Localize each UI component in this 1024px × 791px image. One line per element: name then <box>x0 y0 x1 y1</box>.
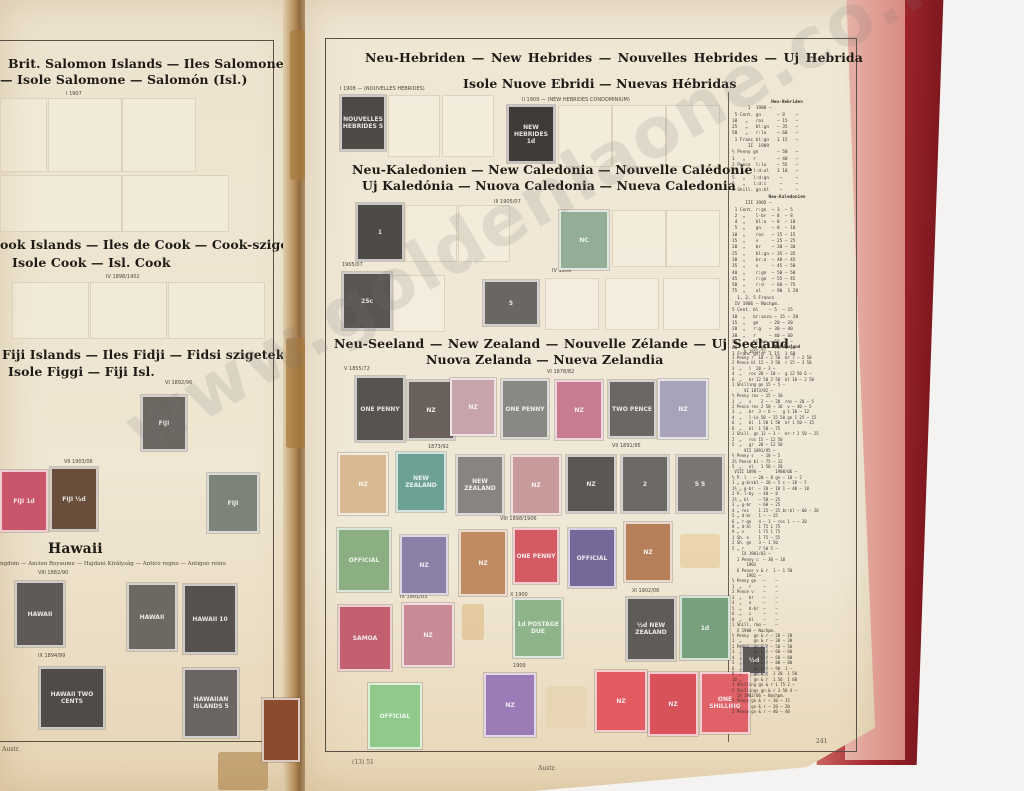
zealand-sub-1909: 1909 <box>513 663 526 669</box>
stamp-slot <box>0 175 122 232</box>
catalog-caledonia: Neu-Kaledonien III 1905 — 1 Cent. r:gn —… <box>732 195 842 359</box>
stamp-slot <box>558 105 612 167</box>
stamp-nz-18: ONE PENNY <box>513 528 559 584</box>
stamp-nz-3: NZ <box>450 378 496 436</box>
stamp-slot <box>90 282 167 339</box>
stamp-nc-2: NC <box>559 210 609 270</box>
zealand-sub-vi: VI 1878/82 <box>547 369 574 375</box>
stamp-nh-1: NOUVELLES HEBRIDES 5 <box>340 95 386 151</box>
stamp-slot <box>48 98 122 172</box>
hawaii-subheading-3: IX 1894/99 <box>38 653 65 659</box>
zealand-sub-viii: VIII 1898/1906 <box>500 516 537 522</box>
catalog-zealand: Neu-Seeland V 1855/72 — 1 Penny r 10 — 2… <box>732 344 842 715</box>
stamp-slot <box>122 98 196 172</box>
stamp-fiji-1: FIJI <box>141 395 187 451</box>
stamp-nz-19: OFFICIAL <box>568 528 616 588</box>
stamp-nz-17: NZ <box>459 530 507 596</box>
left-footer: Austr. <box>2 746 20 753</box>
stamp-nz-25: 1d <box>680 596 730 660</box>
stamp-hawaii-4: HAWAII TWO CENTS <box>39 667 105 729</box>
stamp-nz-29: NZ <box>595 670 647 732</box>
fiji-subheading-2: VII 1903/06 <box>64 459 93 465</box>
stamp-nz-13: 2 <box>621 455 669 513</box>
stamp-nz-15: OFFICIAL <box>337 528 391 592</box>
stamp-hawaii-1: HAWAII <box>15 581 65 647</box>
stamp-fiji-3: FIJI ½d <box>50 467 98 531</box>
stamp-nz-14: 5 5 <box>676 455 724 513</box>
zealand-sub-v: V 1855/72 <box>344 366 370 372</box>
stamp-slot <box>388 95 440 157</box>
stamp-slot <box>666 105 720 167</box>
stamp-nz-2: NZ <box>407 380 455 440</box>
stamp-hawaii-5: HAWAIIAN ISLANDS 5 <box>183 668 239 738</box>
stamp-nz-27: OFFICIAL <box>368 683 422 749</box>
stamp-nh-2: NEW HEBRIDES 1d <box>507 105 555 163</box>
stamp-nz-23: 1d POSTAGE DUE <box>513 598 563 658</box>
page-number: 241 <box>816 738 827 745</box>
stamp-nz-20: NZ <box>624 522 672 582</box>
stamp-nz-21: SAMOA <box>338 605 392 671</box>
stamp-slot <box>0 98 47 172</box>
stamp-nz-1: ONE PENNY <box>355 376 405 442</box>
salomon-subheading: I 1907 <box>66 91 82 97</box>
stamp-slot <box>663 278 720 330</box>
stamp-slot <box>545 278 599 330</box>
stamp-nc-4: 5 <box>483 280 539 326</box>
stamp-nz-5: NZ <box>555 380 603 440</box>
stamp-nz-10: NEW ZEALAND <box>456 455 504 515</box>
stamp-hawaii-2: HAWAII <box>127 583 177 651</box>
stamp-nz-30: NZ <box>648 672 698 736</box>
stamp-slot <box>458 205 510 262</box>
stamp-nz-11: NZ <box>511 455 561 515</box>
hinge-remnant <box>546 686 586 728</box>
salomon-heading-1: Brit. Salomon Islands — Iles Salomones <box>8 56 291 71</box>
fiji-heading-2: Isole Figgi — Fiji Isl. <box>8 364 155 379</box>
stamp-fiji-4: FIJI <box>207 473 259 533</box>
hinge-remnant <box>680 534 720 568</box>
stamp-fiji-2: FIJI 1d <box>0 470 48 532</box>
salomon-heading-2: — Isole Salomone — Salomón (Isl.) <box>0 72 247 87</box>
zealand-heading-1: Neu-Seeland — New Zealand — Nouvelle Zél… <box>334 336 789 351</box>
zealand-sub-1873: 1873/92 <box>428 444 449 450</box>
hebrides-heading-2: Isole Nuove Ebridi — Nuevas Hébridas <box>463 76 737 91</box>
stamp-nz-24: ½d NEW ZEALAND <box>626 597 676 661</box>
stamp-nz-16: NZ <box>400 535 448 595</box>
right-footer-center: Austr. <box>538 765 556 772</box>
stamp-nc-3: 25c <box>342 272 392 330</box>
stamp-slot <box>612 105 666 167</box>
hawaii-subheading-2: VIII 1882/90 <box>38 570 68 576</box>
stamp-slot <box>122 175 229 232</box>
zealand-sub-vii: VII 1891/95 <box>612 443 641 449</box>
stamp-nz-9: NEW ZEALAND <box>396 452 446 512</box>
hawaii-heading: Hawaii <box>48 542 103 557</box>
right-footer-left: (13) 51 <box>352 759 374 766</box>
tape-stain <box>218 752 268 790</box>
stamp-nz-8: NZ <box>338 453 388 515</box>
stamp-loose-brown <box>262 698 300 762</box>
stamp-nz-28: NZ <box>484 673 536 737</box>
cook-subheading: IV 1898/1902 <box>106 274 140 280</box>
stamp-nz-12: NZ <box>566 455 616 513</box>
stamp-slot <box>405 205 457 262</box>
caledonia-year: 1905/07 <box>342 262 363 268</box>
stamp-hawaii-3: HAWAII 10 <box>183 584 237 654</box>
zealand-sub-xi: XI 1902/06 <box>632 588 659 594</box>
stamp-slot <box>168 282 265 339</box>
stamp-slot <box>442 95 494 157</box>
stamp-nz-6: TWO PENCE <box>608 380 656 438</box>
hebrides-heading-1: Neu-Hebriden — New Hebrides — Nouvelles … <box>365 50 863 65</box>
fiji-subheading: VI 1892/96 <box>165 380 192 386</box>
photo-scene: Brit. Salomon Islands — Iles Salomones —… <box>0 0 1024 791</box>
caledonia-heading-2: Uj Kaledónia — Nuova Caledonia — Nueva C… <box>362 178 736 193</box>
stamp-nz-22: NZ <box>402 603 454 667</box>
stamp-slot <box>12 282 89 339</box>
stamp-slot <box>666 210 720 267</box>
cook-heading-2: Isole Cook — Isl. Cook <box>12 255 171 270</box>
stamp-nc-1: 1 <box>356 203 404 261</box>
stamp-slot <box>605 278 659 330</box>
catalog-hebrides: Neu-Hebriden I 1908 — 5 Cent. gn — 8 — 1… <box>732 100 842 194</box>
hebrides-subheading-2: II 1909 — (NEW HEBRIDES CONDOMINIUM) <box>522 97 630 103</box>
hebrides-subheading: I 1908 — (NOUVELLES HEBRIDES) <box>340 86 425 92</box>
hawaii-subheading: ngdom — Ancien Royaume — Hajdani Királys… <box>0 561 226 567</box>
zealand-heading-2: Nuova Zelanda — Nueva Zelandia <box>426 352 663 367</box>
caledonia-heading-1: Neu-Kaledonien — New Caledonia — Nouvell… <box>352 162 753 177</box>
hinge-remnant <box>462 604 484 640</box>
stamp-slot <box>393 275 445 332</box>
stamp-nz-4: ONE PENNY <box>501 379 549 439</box>
stamp-slot <box>612 210 666 267</box>
cook-heading-1: ook Islands — Iles de Cook — Cook-sziget… <box>0 237 311 252</box>
fiji-heading-1: Fiji Islands — Iles Fidji — Fidsi sziget… <box>2 347 285 362</box>
tape-stain <box>286 338 306 448</box>
stamp-nz-7: NZ <box>658 379 708 439</box>
